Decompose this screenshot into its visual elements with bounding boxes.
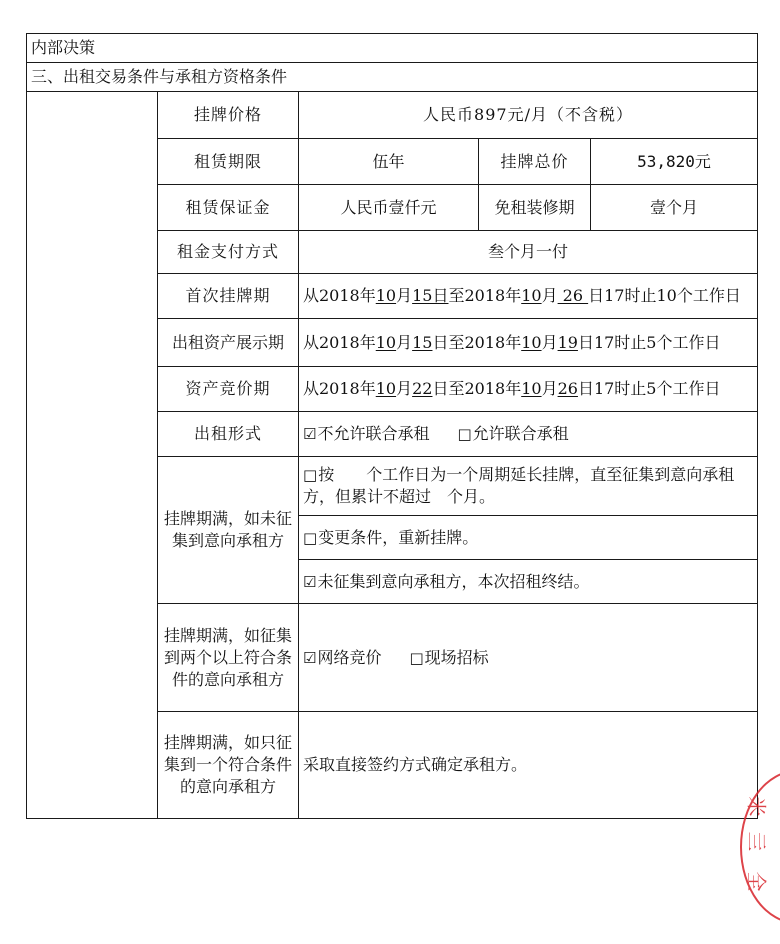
lease-term-label: 租赁期限 <box>158 139 299 185</box>
option-joint-lease: 允许联合承租 <box>473 424 569 443</box>
multiple-bidders-options: ☑网络竞价□现场招标 <box>299 604 758 712</box>
checkbox-checked-icon[interactable]: ☑ <box>303 649 316 667</box>
total-price-value: 53,820元 <box>591 139 758 185</box>
no-bidder-option-extend: □按 个工作日为一个周期延长挂牌，直至征集到意向承租方，但累计不超过 个月。 <box>299 457 758 516</box>
rent-free-value: 壹个月 <box>591 185 758 231</box>
display-period-value: 从2018年10月15日至2018年10月19日17时止5个工作日 <box>299 319 758 367</box>
checkbox-unchecked-icon[interactable]: □ <box>457 425 471 443</box>
option-onsite-tender: 现场招标 <box>425 648 489 667</box>
checkbox-unchecked-icon[interactable]: □ <box>303 529 317 547</box>
blank-left-column <box>27 92 158 819</box>
payment-value: 叁个月一付 <box>299 231 758 274</box>
display-period-label: 出租资产展示期 <box>158 319 299 367</box>
no-bidder-label: 挂牌期满，如未征集到意向承租方 <box>158 457 299 604</box>
single-bidder-value: 采取直接签约方式确定承租方。 <box>299 712 758 819</box>
listing-price-label: 挂牌价格 <box>158 92 299 139</box>
single-bidder-label: 挂牌期满，如只征集到一个符合条件的意向承租方 <box>158 712 299 819</box>
total-price-label: 挂牌总价 <box>479 139 591 185</box>
first-listing-value: 从2018年10月15日至2018年10月 26 日17时止10个工作日 <box>299 274 758 319</box>
deposit-value: 人民币壹仟元 <box>299 185 479 231</box>
no-bidder-option-relist: □变更条件，重新挂牌。 <box>299 516 758 560</box>
checkbox-unchecked-icon[interactable]: □ <box>409 649 423 667</box>
checkbox-unchecked-icon[interactable]: □ <box>303 466 317 484</box>
section-title: 内部决策 <box>27 34 758 63</box>
checkbox-checked-icon[interactable]: ☑ <box>303 573 316 591</box>
lease-form-options: ☑不允许联合承租□允许联合承租 <box>299 412 758 457</box>
option-online-bidding: 网络竞价 <box>317 648 381 667</box>
deposit-label: 租赁保证金 <box>158 185 299 231</box>
lease-term-value: 伍年 <box>299 139 479 185</box>
bidding-period-value: 从2018年10月22日至2018年10月26日17时止5个工作日 <box>299 367 758 412</box>
subsection-title: 三、出租交易条件与承租方资格条件 <box>27 63 758 92</box>
document-page: 内部决策 三、出租交易条件与承租方资格条件 挂牌价格 人民币897元/月（不含税… <box>26 33 757 819</box>
payment-label: 租金支付方式 <box>158 231 299 274</box>
no-bidder-option-terminate: ☑未征集到意向承租方，本次招租终结。 <box>299 560 758 604</box>
first-listing-label: 首次挂牌期 <box>158 274 299 319</box>
checkbox-checked-icon[interactable]: ☑ <box>303 425 316 443</box>
rent-free-label: 免租装修期 <box>479 185 591 231</box>
option-no-joint-lease: 不允许联合承租 <box>317 424 429 443</box>
bidding-period-label: 资产竞价期 <box>158 367 299 412</box>
lease-conditions-table: 内部决策 三、出租交易条件与承租方资格条件 挂牌价格 人民币897元/月（不含税… <box>26 33 758 819</box>
listing-price-value: 人民币897元/月（不含税） <box>299 92 758 139</box>
multiple-bidders-label: 挂牌期满，如征集到两个以上符合条件的意向承租方 <box>158 604 299 712</box>
lease-form-label: 出租形式 <box>158 412 299 457</box>
